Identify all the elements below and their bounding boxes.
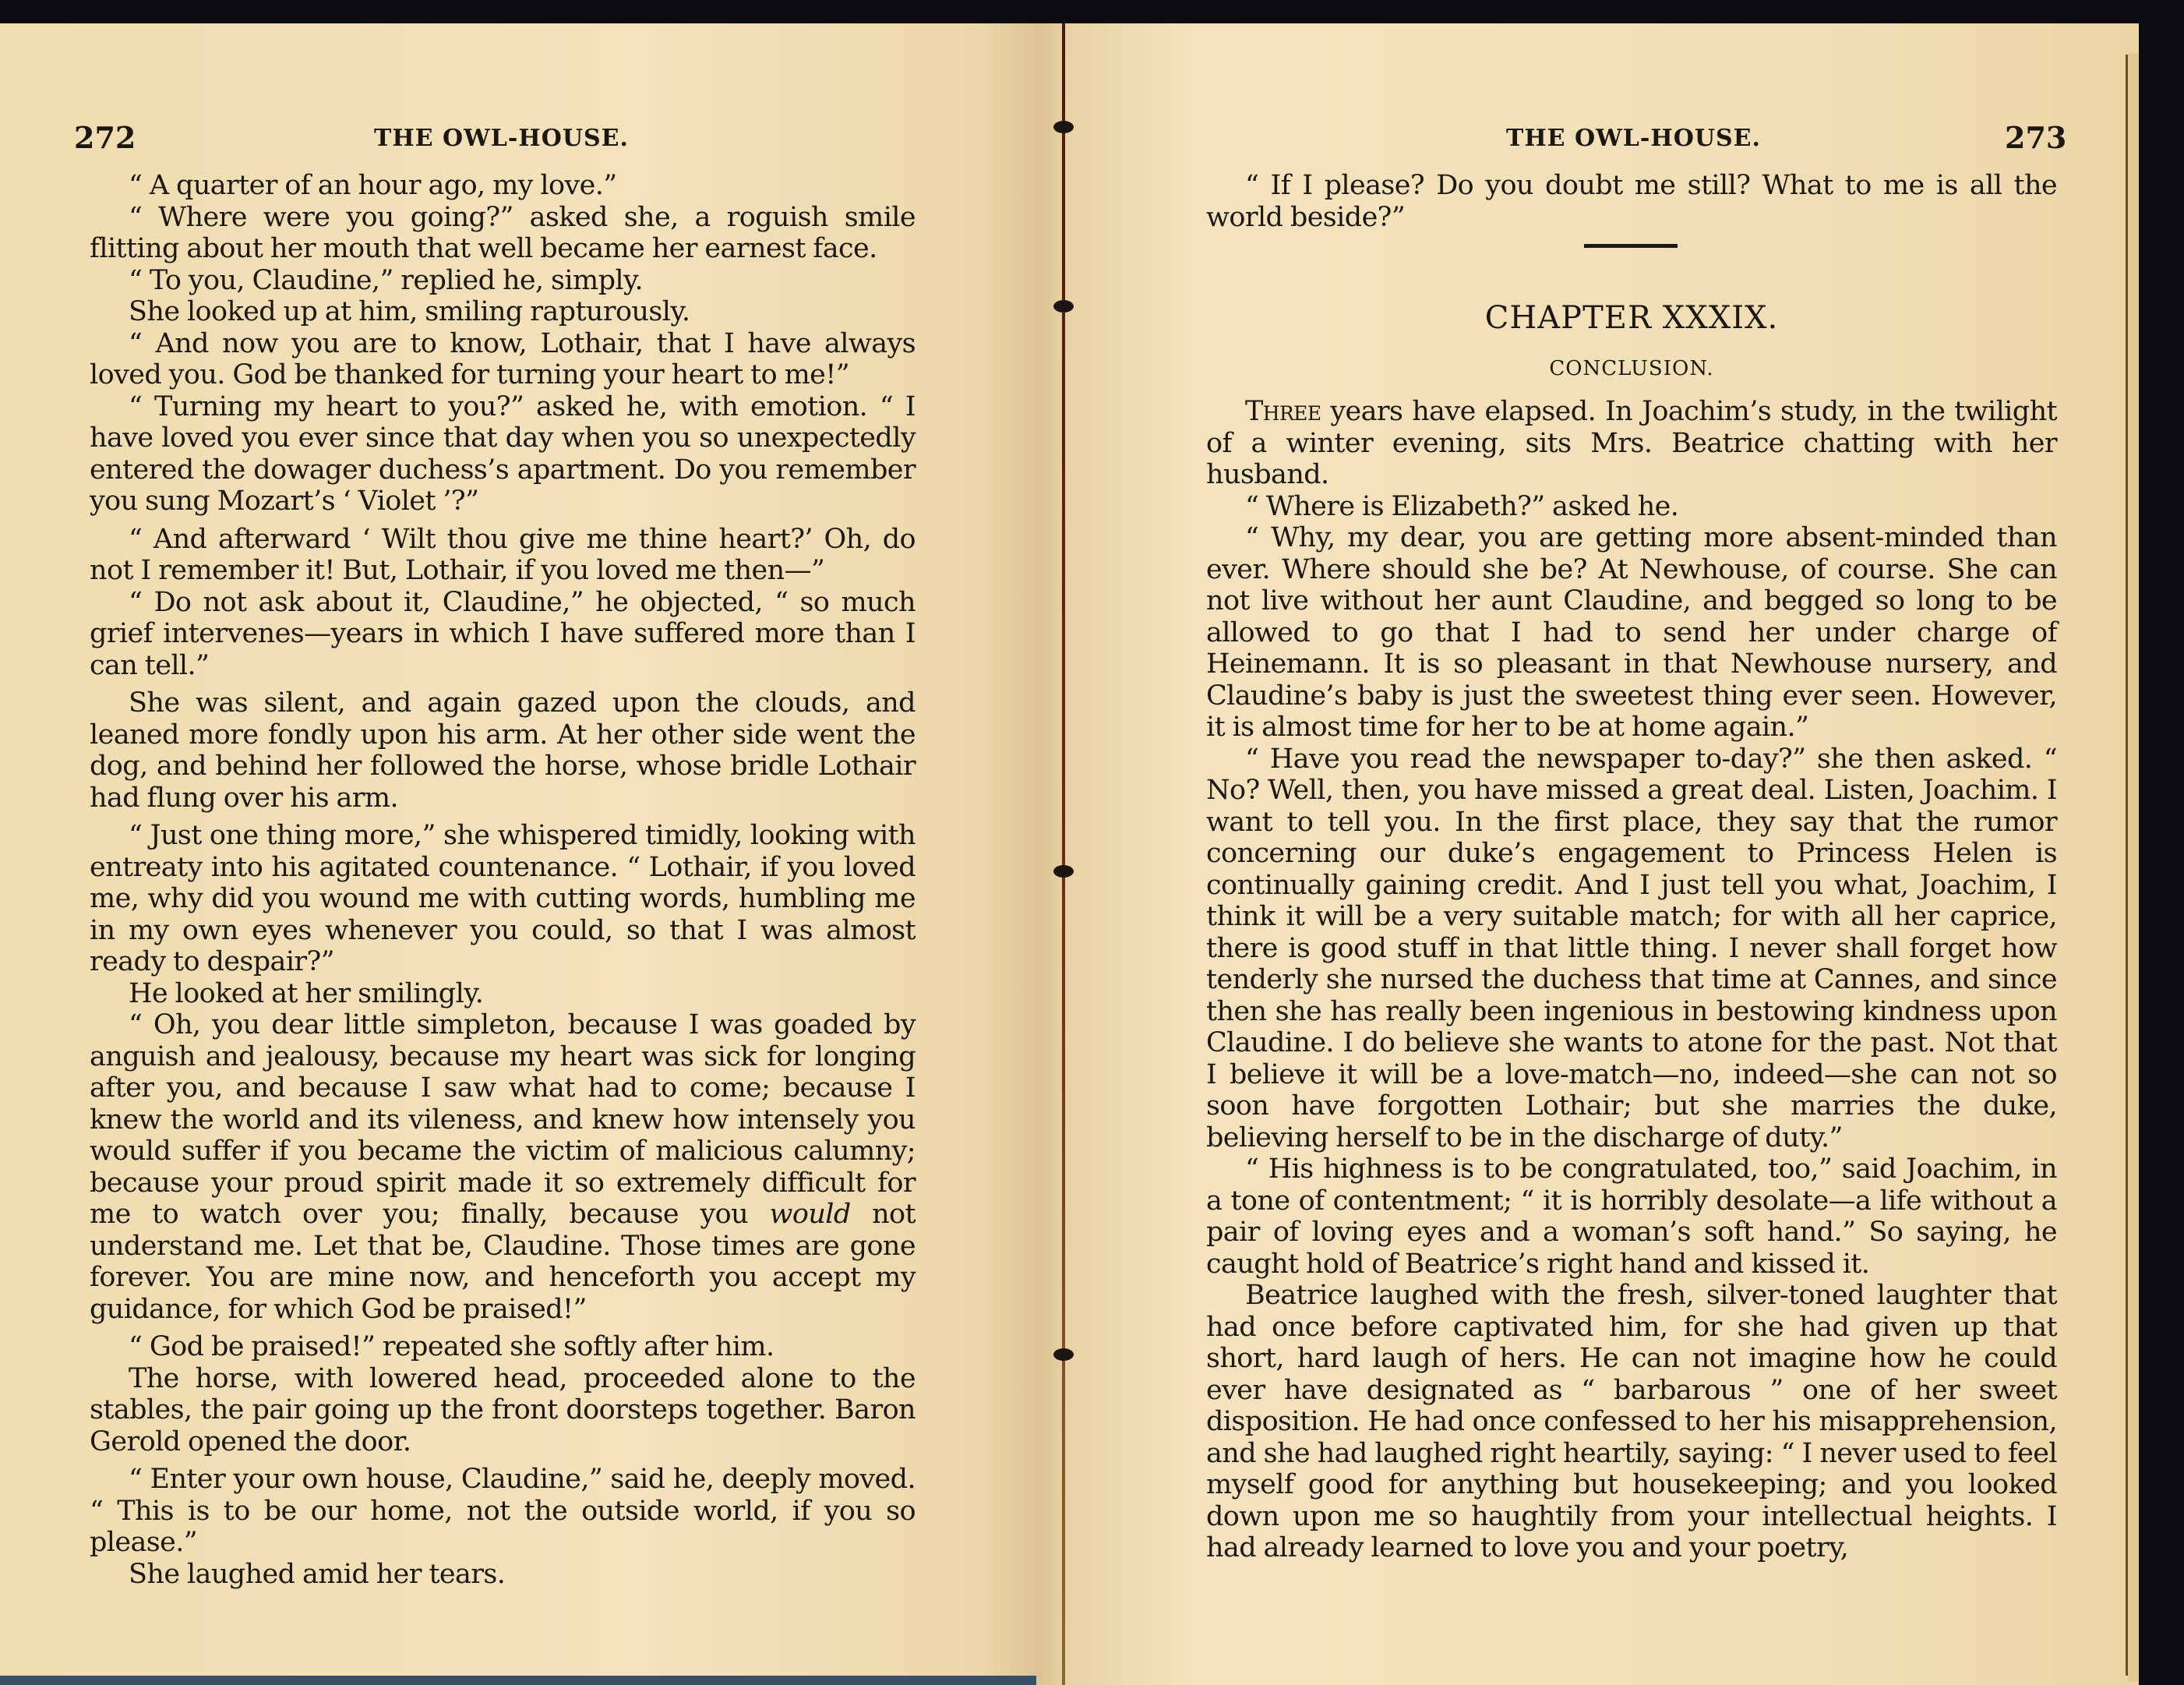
paragraph: “ God be praised!” repeated she softly a… <box>90 1331 916 1363</box>
paragraph: “ If I please? Do you doubt me still? Wh… <box>1206 170 2057 233</box>
chapter-title: CHAPTER XXXIX. <box>1206 300 2057 336</box>
page-number-right: 273 <box>2005 120 2066 155</box>
paragraph: She was silent, and again gazed upon the… <box>90 687 916 814</box>
section-rule <box>1584 244 1678 248</box>
paragraph: “ Have you read the newspaper to-day?” s… <box>1206 744 2057 1154</box>
left-page: 272 THE OWL-HOUSE. “ A quarter of an hou… <box>0 23 1064 1685</box>
paragraph: “ Where were you going?” asked she, a ro… <box>90 202 916 265</box>
paragraph-text: “ Oh, you dear little simpleton, because… <box>90 1009 916 1230</box>
paragraph: “ Where is Elizabeth?” asked he. <box>1206 491 2057 523</box>
paragraph: Beatrice laughed with the fresh, silver-… <box>1206 1280 2057 1564</box>
drop-word: Three <box>1245 396 1321 427</box>
paragraph-text: years have elapsed. In Joachim’s study, … <box>1206 396 2057 490</box>
paragraph: “ His highness is to be congratulated, t… <box>1206 1153 2057 1280</box>
binding-stitch <box>1053 300 1074 313</box>
paragraph: She looked up at him, smiling rapturousl… <box>90 296 916 328</box>
paragraph: “ To you, Claudine,” replied he, simply. <box>90 265 916 297</box>
background-surface <box>0 1676 1036 1685</box>
italic-emphasis: would <box>770 1199 851 1230</box>
paragraph: The horse, with lowered head, proceeded … <box>90 1363 916 1458</box>
paragraph-with-italic: “ Oh, you dear little simpleton, because… <box>90 1009 916 1325</box>
paragraph: “ Do not ask about it, Claudine,” he obj… <box>90 587 916 682</box>
left-page-body: “ A quarter of an hour ago, my love.” “ … <box>90 170 916 1590</box>
running-head-left: THE OWL-HOUSE. <box>374 125 629 152</box>
paragraph: “ Just one thing more,” she whispered ti… <box>90 820 916 978</box>
chapter-subtitle: CONCLUSION. <box>1206 357 2057 380</box>
paragraph: She laughed amid her tears. <box>90 1559 916 1591</box>
paragraph: “ Why, my dear, you are getting more abs… <box>1206 522 2057 744</box>
running-head-right: THE OWL-HOUSE. <box>1506 125 1761 152</box>
spine-binding-thread <box>1062 23 1065 1685</box>
right-page: THE OWL-HOUSE. 273 “ If I please? Do you… <box>1066 23 2139 1685</box>
paragraph: “ A quarter of an hour ago, my love.” <box>90 170 916 202</box>
binding-stitch <box>1053 1348 1074 1361</box>
right-page-body: Three years have elapsed. In Joachim’s s… <box>1206 396 2057 1564</box>
paragraph: “ And afterward ‘ Wilt thou give me thin… <box>90 524 916 587</box>
paragraph: “ Enter your own house, Claudine,” said … <box>90 1464 916 1559</box>
paragraph: “ Turning my heart to you?” asked he, wi… <box>90 391 916 518</box>
paragraph: He looked at her smilingly. <box>90 978 916 1010</box>
right-page-opening: “ If I please? Do you doubt me still? Wh… <box>1206 170 2057 233</box>
paragraph: Three years have elapsed. In Joachim’s s… <box>1206 396 2057 491</box>
binding-stitch <box>1053 865 1074 878</box>
page-stack-edge <box>2128 53 2139 1682</box>
paragraph: “ And now you are to know, Lothair, that… <box>90 328 916 391</box>
page-number-left: 272 <box>74 120 136 155</box>
binding-stitch <box>1053 121 1074 133</box>
book-spread: 272 THE OWL-HOUSE. “ A quarter of an hou… <box>0 23 2139 1685</box>
